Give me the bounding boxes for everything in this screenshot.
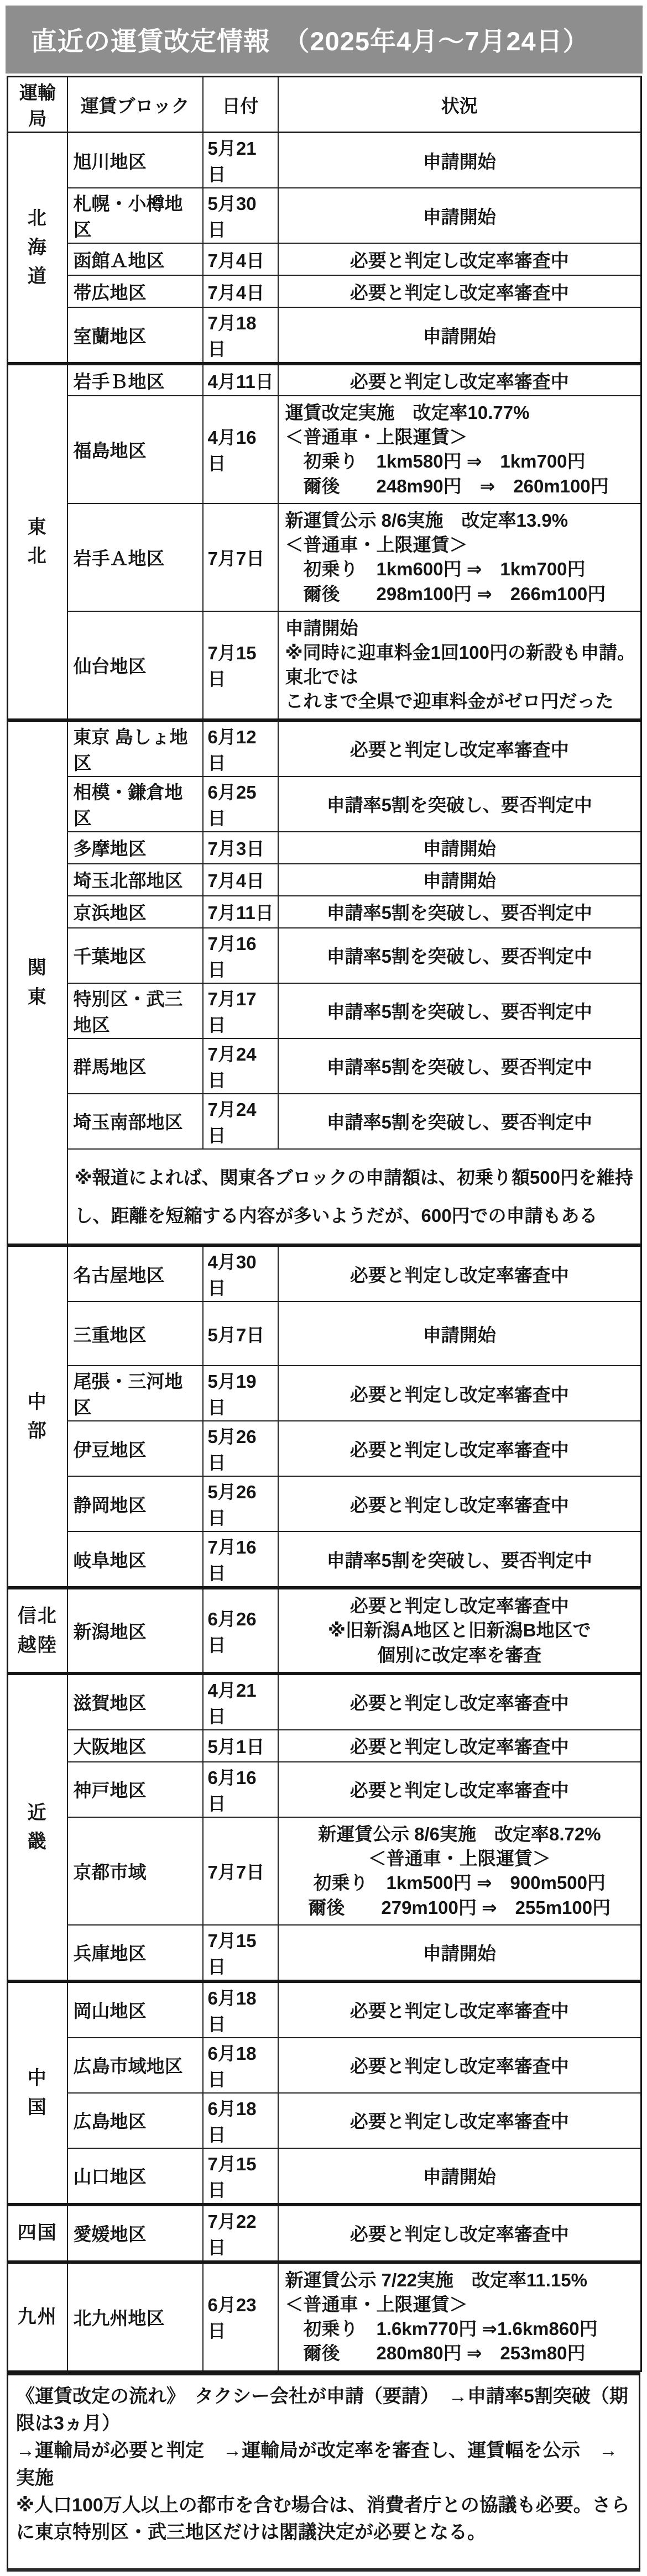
status-line: ＜普通車・上限運賃＞ — [285, 2292, 638, 2317]
block-cell: 帯広地区 — [67, 275, 203, 307]
status-cell: 必要と判定し改定率審査中 — [278, 2038, 641, 2093]
status-line: ※同時に迎車料金1回100円の新設も申請。東北では — [285, 641, 638, 689]
status-cell: 必要と判定し改定率審査中 — [278, 2205, 641, 2262]
table-row: 静岡地区5月26日必要と判定し改定率審査中 — [8, 1476, 641, 1531]
bureau-label: 部 — [9, 1416, 66, 1446]
table-row: 特別区・武三地区7月17日申請率5割を突破し、要否判定中 — [8, 983, 641, 1038]
block-cell: 北九州地区 — [67, 2262, 203, 2371]
table-row: 室蘭地区7月18日申請開始 — [8, 307, 641, 364]
bureau-label: 近 — [9, 1798, 66, 1828]
block-cell: 室蘭地区 — [67, 307, 203, 364]
date-cell: 5月7日 — [203, 1302, 278, 1366]
status-cell: 必要と判定し改定率審査中 — [278, 243, 641, 275]
status-line: 爾後 248m90円 ⇒ 260m100円 — [285, 474, 638, 499]
date-cell: 6月25日 — [203, 777, 278, 832]
status-cell: 申請率5割を突破し、要否判定中 — [278, 1094, 641, 1149]
table-row: 中国岡山地区6月18日必要と判定し改定率審査中 — [8, 1981, 641, 2038]
block-cell: 仙台地区 — [67, 611, 203, 720]
table-row: 札幌・小樽地区5月30日申請開始 — [8, 188, 641, 243]
block-cell: 埼玉北部地区 — [67, 864, 203, 896]
bureau-label: 関 — [9, 953, 66, 983]
table-row: 京都市域7月7日新運賃公示 8/6実施 改定率8.72%＜普通車・上限運賃＞初乗… — [8, 1817, 641, 1925]
date-cell: 4月16日 — [203, 396, 278, 503]
block-cell: 京都市域 — [67, 1817, 203, 1925]
status-cell: 新運賃公示 7/22実施 改定率11.15%＜普通車・上限運賃＞ 初乗り 1.6… — [278, 2262, 641, 2371]
bureau-cell: 中部 — [8, 1245, 67, 1588]
status-cell: 必要と判定し改定率審査中 — [278, 1245, 641, 1302]
status-cell: 必要と判定し改定率審査中 — [278, 275, 641, 307]
status-cell: 申請開始 — [278, 2148, 641, 2205]
block-cell: 岐阜地区 — [67, 1531, 203, 1588]
date-cell: 7月4日 — [203, 243, 278, 275]
date-cell: 7月3日 — [203, 832, 278, 864]
date-cell: 7月15日 — [203, 611, 278, 720]
status-cell: 必要と判定し改定率審査中 — [278, 2093, 641, 2148]
bureau-label: 北 — [9, 542, 66, 571]
footer-note-line: →運輸局が必要と判定 →運輸局が改定率を審査し、運賃幅を公示 →実施 — [16, 2437, 631, 2492]
status-cell: 必要と判定し改定率審査中 — [278, 1476, 641, 1531]
date-cell: 6月23日 — [203, 2262, 278, 2371]
col-header-block: 運賃ブロック — [67, 77, 203, 133]
block-cell: 特別区・武三地区 — [67, 983, 203, 1038]
bureau-cell: 北海道 — [8, 133, 67, 364]
block-cell: 兵庫地区 — [67, 1925, 203, 1981]
table-row: 中部名古屋地区4月30日必要と判定し改定率審査中 — [8, 1245, 641, 1302]
footer-notes: 《運賃改定の流れ》 タクシー会社が申請（要請） →申請率5割突破（期限は3ヵ月）… — [7, 2372, 640, 2572]
status-line: 爾後 279m100円 ⇒ 255m100円 — [282, 1896, 638, 1920]
status-cell: 必要と判定し改定率審査中※旧新潟A地区と旧新潟B地区で個別に改定率を審査 — [278, 1588, 641, 1673]
block-cell: 岩手Ａ地区 — [67, 503, 203, 611]
table-row: 北海道旭川地区5月21日申請開始 — [8, 133, 641, 188]
table-row: 福島地区4月16日運賃改定実施 改定率10.77%＜普通車・上限運賃＞ 初乗り … — [8, 396, 641, 503]
date-cell: 7月18日 — [203, 307, 278, 364]
bureau-label: 道 — [9, 262, 66, 291]
status-cell: 申請開始 — [278, 1925, 641, 1981]
status-cell: 申請開始 — [278, 188, 641, 243]
block-cell: 京浜地区 — [67, 896, 203, 928]
block-cell: 群馬地区 — [67, 1038, 203, 1094]
date-cell: 7月22日 — [203, 2205, 278, 2262]
date-cell: 7月4日 — [203, 275, 278, 307]
status-line: 運賃改定実施 改定率10.77% — [285, 401, 638, 425]
date-cell: 7月7日 — [203, 1817, 278, 1925]
table-row: 東北岩手Ｂ地区4月11日必要と判定し改定率審査中 — [8, 364, 641, 396]
status-cell: 必要と判定し改定率審査中 — [278, 1730, 641, 1762]
table-row: ※報道によれば、関東各ブロックの申請額は、初乗り額500円を維持し、距離を短縮す… — [8, 1149, 641, 1246]
table-row: 近畿滋賀地区4月21日必要と判定し改定率審査中 — [8, 1673, 641, 1730]
block-cell: 多摩地区 — [67, 832, 203, 864]
date-cell: 5月26日 — [203, 1476, 278, 1531]
date-cell: 7月4日 — [203, 864, 278, 896]
date-cell: 6月12日 — [203, 720, 278, 777]
table-header: 運輸局 運賃ブロック 日付 状況 — [8, 77, 641, 133]
block-cell: 新潟地区 — [67, 1588, 203, 1673]
date-cell: 5月21日 — [203, 133, 278, 188]
bureau-label: 越陸 — [9, 1631, 66, 1660]
table-row: 多摩地区7月3日申請開始 — [8, 832, 641, 864]
date-cell: 7月15日 — [203, 2148, 278, 2205]
block-cell: 東京 島しょ地区 — [67, 720, 203, 777]
col-header-bureau: 運輸局 — [8, 77, 67, 133]
status-cell: 申請率5割を突破し、要否判定中 — [278, 928, 641, 983]
table-row: 埼玉南部地区7月24日申請率5割を突破し、要否判定中 — [8, 1094, 641, 1149]
table-row: 群馬地区7月24日申請率5割を突破し、要否判定中 — [8, 1038, 641, 1094]
fare-revision-table: 運輸局 運賃ブロック 日付 状況 北海道旭川地区5月21日申請開始札幌・小樽地区… — [7, 76, 642, 2372]
bureau-label: 中 — [9, 2064, 66, 2093]
bureau-label: 九州 — [9, 2302, 66, 2332]
block-cell: 静岡地区 — [67, 1476, 203, 1531]
status-line: 爾後 280m80円 ⇒ 253m80円 — [285, 2341, 638, 2365]
status-cell: 申請開始 — [278, 1302, 641, 1366]
block-cell: 滋賀地区 — [67, 1673, 203, 1730]
status-cell: 必要と判定し改定率審査中 — [278, 1366, 641, 1421]
page: 直近の運賃改定情報 （2025年4月～7月24日） 運輸局 運賃ブロック 日付 … — [0, 0, 647, 2572]
table-row: 岐阜地区7月16日申請率5割を突破し、要否判定中 — [8, 1531, 641, 1588]
date-cell: 5月1日 — [203, 1730, 278, 1762]
block-cell: 埼玉南部地区 — [67, 1094, 203, 1149]
block-cell: 山口地区 — [67, 2148, 203, 2205]
block-cell: 相模・鎌倉地区 — [67, 777, 203, 832]
table-row: 函館Ａ地区7月4日必要と判定し改定率審査中 — [8, 243, 641, 275]
status-cell: 申請率5割を突破し、要否判定中 — [278, 1531, 641, 1588]
date-cell: 6月18日 — [203, 1981, 278, 2038]
table-row: 京浜地区7月11日申請率5割を突破し、要否判定中 — [8, 896, 641, 928]
date-cell: 7月11日 — [203, 896, 278, 928]
table-row: 関東東京 島しょ地区6月12日必要と判定し改定率審査中 — [8, 720, 641, 777]
table-row: 千葉地区7月16日申請率5割を突破し、要否判定中 — [8, 928, 641, 983]
block-cell: 尾張・三河地区 — [67, 1366, 203, 1421]
bureau-cell: 近畿 — [8, 1673, 67, 1981]
status-line: 初乗り 1km580円 ⇒ 1km700円 — [285, 449, 638, 474]
block-cell: 愛媛地区 — [67, 2205, 203, 2262]
table-row: 大阪地区5月1日必要と判定し改定率審査中 — [8, 1730, 641, 1762]
status-cell: 新運賃公示 8/6実施 改定率8.72%＜普通車・上限運賃＞初乗り 1km500… — [278, 1817, 641, 1925]
status-line: これまで全県で迎車料金がゼロ円だった — [285, 689, 638, 713]
status-line: ＜普通車・上限運賃＞ — [282, 1846, 638, 1871]
block-cell: 福島地区 — [67, 396, 203, 503]
date-cell: 7月17日 — [203, 983, 278, 1038]
status-cell: 必要と判定し改定率審査中 — [278, 1762, 641, 1817]
header-row: 運輸局 運賃ブロック 日付 状況 — [8, 77, 641, 133]
status-cell: 運賃改定実施 改定率10.77%＜普通車・上限運賃＞ 初乗り 1km580円 ⇒… — [278, 396, 641, 503]
table-row: 信北越陸新潟地区6月26日必要と判定し改定率審査中※旧新潟A地区と旧新潟B地区で… — [8, 1588, 641, 1673]
block-cell: 名古屋地区 — [67, 1245, 203, 1302]
date-cell: 4月21日 — [203, 1673, 278, 1730]
date-cell: 5月30日 — [203, 188, 278, 243]
bureau-label: 東 — [9, 983, 66, 1012]
status-cell: 新運賃公示 8/6実施 改定率13.9%＜普通車・上限運賃＞ 初乗り 1km60… — [278, 503, 641, 611]
table-row: 埼玉北部地区7月4日申請開始 — [8, 864, 641, 896]
block-cell: 広島地区 — [67, 2093, 203, 2148]
block-cell: 岡山地区 — [67, 1981, 203, 2038]
bureau-cell: 関東 — [8, 720, 67, 1246]
date-cell: 5月19日 — [203, 1366, 278, 1421]
bureau-cell: 東北 — [8, 364, 67, 720]
date-cell: 7月16日 — [203, 928, 278, 983]
block-cell: 千葉地区 — [67, 928, 203, 983]
block-cell: 三重地区 — [67, 1302, 203, 1366]
status-cell: 必要と判定し改定率審査中 — [278, 1981, 641, 2038]
bureau-cell: 信北越陸 — [8, 1588, 67, 1673]
table-row: 帯広地区7月4日必要と判定し改定率審査中 — [8, 275, 641, 307]
footer-note-line: ※人口100万人以上の都市を含む場合は、消費者庁との協議も必要。さらに東京特別区… — [16, 2492, 631, 2547]
note-cell: ※報道によれば、関東各ブロックの申請額は、初乗り額500円を維持し、距離を短縮す… — [67, 1149, 641, 1246]
date-cell: 7月24日 — [203, 1094, 278, 1149]
status-line: 新運賃公示 8/6実施 改定率8.72% — [282, 1822, 638, 1846]
bureau-label: 東 — [9, 513, 66, 542]
date-cell: 6月16日 — [203, 1762, 278, 1817]
date-cell: 7月24日 — [203, 1038, 278, 1094]
table-row: 仙台地区7月15日申請開始※同時に迎車料金1回100円の新設も申請。東北ではこれ… — [8, 611, 641, 720]
status-cell: 必要と判定し改定率審査中 — [278, 364, 641, 396]
table-row: 尾張・三河地区5月19日必要と判定し改定率審査中 — [8, 1366, 641, 1421]
status-cell: 必要と判定し改定率審査中 — [278, 1673, 641, 1730]
block-cell: 大阪地区 — [67, 1730, 203, 1762]
status-cell: 必要と判定し改定率審査中 — [278, 720, 641, 777]
status-cell: 申請開始 — [278, 307, 641, 364]
date-cell: 7月15日 — [203, 1925, 278, 1981]
bureau-label: 四国 — [9, 2218, 66, 2248]
status-line: 初乗り 1km500円 ⇒ 900m500円 — [282, 1871, 638, 1895]
table-row: 岩手Ａ地区7月7日新運賃公示 8/6実施 改定率13.9%＜普通車・上限運賃＞ … — [8, 503, 641, 611]
status-line: 新運賃公示 7/22実施 改定率11.15% — [285, 2268, 638, 2292]
date-cell: 4月11日 — [203, 364, 278, 396]
status-line: 個別に改定率を審査 — [282, 1643, 638, 1667]
bureau-cell: 中国 — [8, 1981, 67, 2205]
status-cell: 申請率5割を突破し、要否判定中 — [278, 896, 641, 928]
bureau-label: 畿 — [9, 1827, 66, 1856]
bureau-label: 海 — [9, 233, 66, 263]
status-cell: 申請率5割を突破し、要否判定中 — [278, 1038, 641, 1094]
date-cell: 6月18日 — [203, 2038, 278, 2093]
status-cell: 申請率5割を突破し、要否判定中 — [278, 777, 641, 832]
table-row: 伊豆地区5月26日必要と判定し改定率審査中 — [8, 1421, 641, 1476]
status-cell: 申請率5割を突破し、要否判定中 — [278, 983, 641, 1038]
date-cell: 6月26日 — [203, 1588, 278, 1673]
table-body: 北海道旭川地区5月21日申請開始札幌・小樽地区5月30日申請開始函館Ａ地区7月4… — [8, 133, 641, 2372]
bureau-cell: 九州 — [8, 2262, 67, 2371]
table-row: 四国愛媛地区7月22日必要と判定し改定率審査中 — [8, 2205, 641, 2262]
status-cell: 申請開始※同時に迎車料金1回100円の新設も申請。東北ではこれまで全県で迎車料金… — [278, 611, 641, 720]
block-cell: 札幌・小樽地区 — [67, 188, 203, 243]
block-cell: 岩手Ｂ地区 — [67, 364, 203, 396]
status-line: 爾後 298m100円 ⇒ 266m100円 — [285, 582, 638, 606]
date-cell: 4月30日 — [203, 1245, 278, 1302]
footer-note-line: 《運賃改定の流れ》 タクシー会社が申請（要請） →申請率5割突破（期限は3ヵ月） — [16, 2383, 631, 2438]
table-row: 三重地区5月7日申請開始 — [8, 1302, 641, 1366]
bureau-cell: 四国 — [8, 2205, 67, 2262]
table-row: 広島市域地区6月18日必要と判定し改定率審査中 — [8, 2038, 641, 2093]
bureau-label: 北 — [9, 204, 66, 233]
block-cell: 神戸地区 — [67, 1762, 203, 1817]
block-cell: 広島市域地区 — [67, 2038, 203, 2093]
status-line: 必要と判定し改定率審査中 — [282, 1594, 638, 1618]
status-cell: 必要と判定し改定率審査中 — [278, 1421, 641, 1476]
bureau-label: 中 — [9, 1388, 66, 1417]
table-row: 九州北九州地区6月23日新運賃公示 7/22実施 改定率11.15%＜普通車・上… — [8, 2262, 641, 2371]
table-row: 神戸地区6月16日必要と判定し改定率審査中 — [8, 1762, 641, 1817]
block-cell: 函館Ａ地区 — [67, 243, 203, 275]
status-line: ＜普通車・上限運賃＞ — [285, 533, 638, 557]
table-row: 兵庫地区7月15日申請開始 — [8, 1925, 641, 1981]
status-line: 新運賃公示 8/6実施 改定率13.9% — [285, 508, 638, 533]
block-cell: 伊豆地区 — [67, 1421, 203, 1476]
status-line: ＜普通車・上限運賃＞ — [285, 425, 638, 449]
status-cell: 申請開始 — [278, 133, 641, 188]
status-line: 初乗り 1.6km770円 ⇒1.6km860円 — [285, 2317, 638, 2341]
date-cell: 7月7日 — [203, 503, 278, 611]
page-title: 直近の運賃改定情報 （2025年4月～7月24日） — [6, 6, 643, 74]
table-row: 相模・鎌倉地区6月25日申請率5割を突破し、要否判定中 — [8, 777, 641, 832]
date-cell: 7月16日 — [203, 1531, 278, 1588]
col-header-status: 状況 — [278, 77, 641, 133]
status-line: ※旧新潟A地区と旧新潟B地区で — [282, 1618, 638, 1643]
table-row: 山口地区7月15日申請開始 — [8, 2148, 641, 2205]
status-line: 初乗り 1km600円 ⇒ 1km700円 — [285, 557, 638, 581]
block-cell: 旭川地区 — [67, 133, 203, 188]
status-line: 申請開始 — [285, 616, 638, 641]
bureau-label: 国 — [9, 2093, 66, 2122]
status-cell: 申請開始 — [278, 832, 641, 864]
date-cell: 6月18日 — [203, 2093, 278, 2148]
bureau-label: 信北 — [9, 1602, 66, 1631]
table-row: 広島地区6月18日必要と判定し改定率審査中 — [8, 2093, 641, 2148]
col-header-date: 日付 — [203, 77, 278, 133]
status-cell: 申請開始 — [278, 864, 641, 896]
date-cell: 5月26日 — [203, 1421, 278, 1476]
